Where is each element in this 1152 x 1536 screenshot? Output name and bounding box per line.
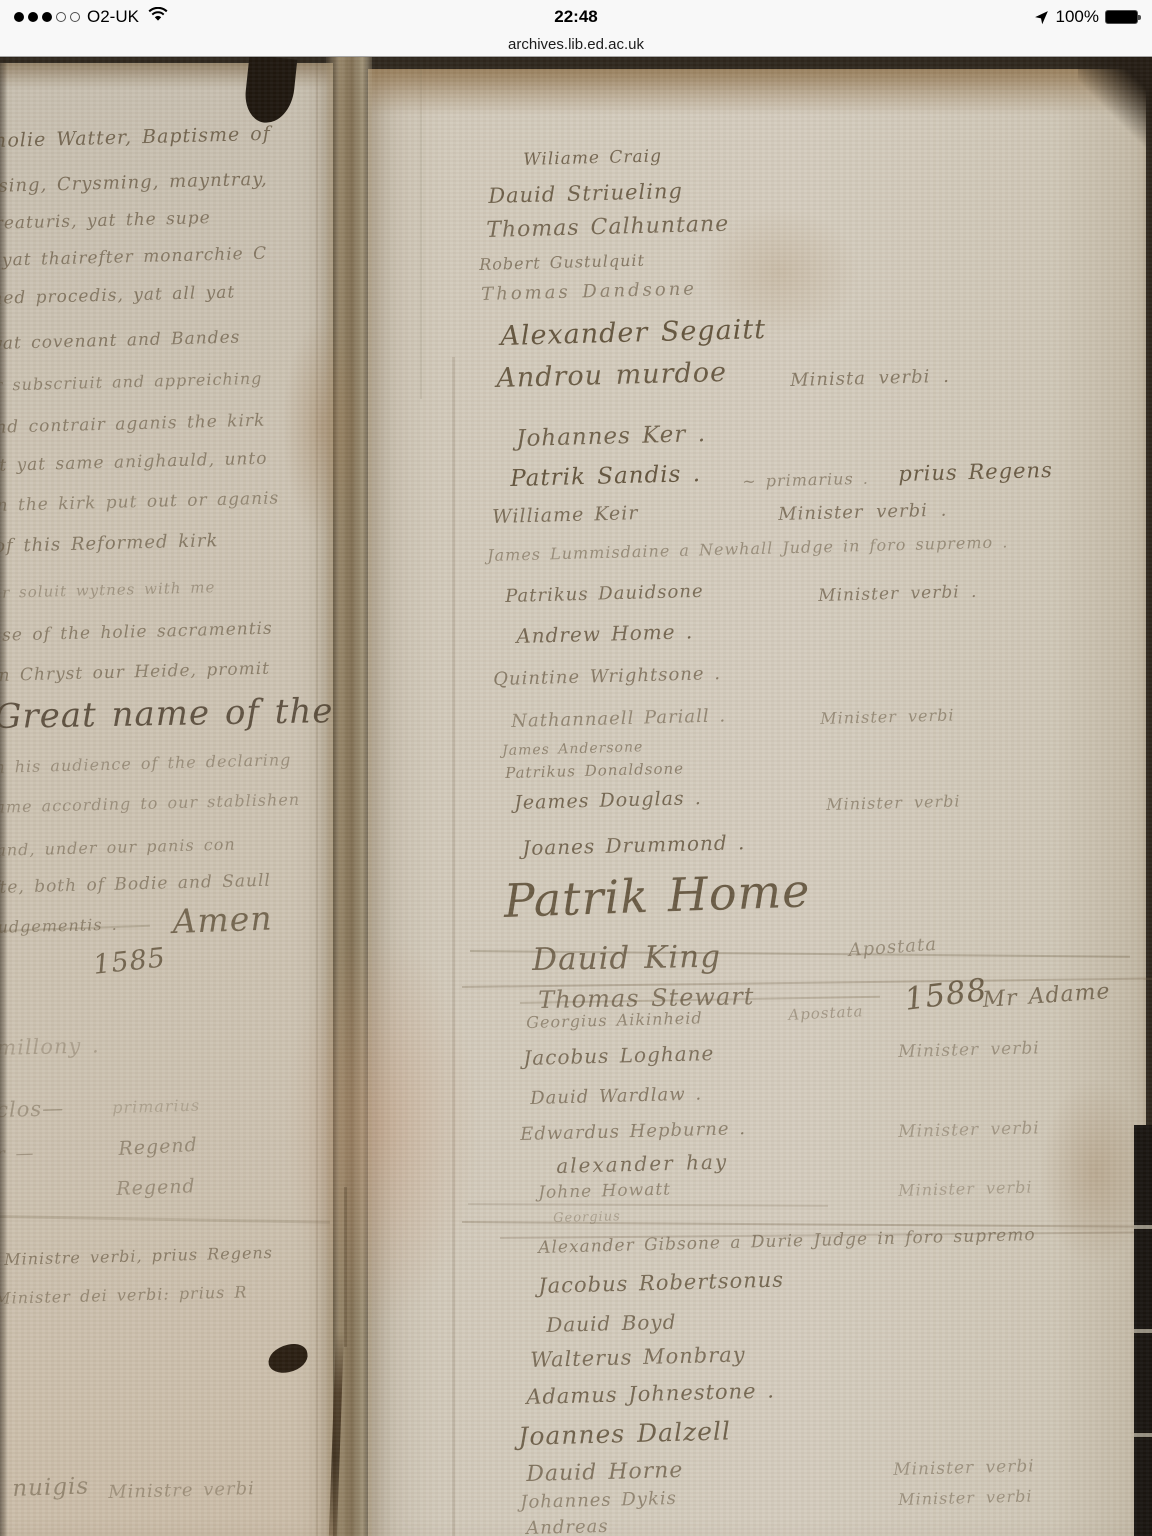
manuscript-line: Minister verbi (898, 1120, 1040, 1141)
manuscript-line: alexander hay (556, 1152, 728, 1176)
manuscript-line: ~ primarius . (742, 471, 869, 490)
manuscript-line: Alexander Gibsone a Durie Judge in foro … (538, 1227, 1036, 1257)
battery-icon (1105, 10, 1138, 24)
manuscript-line: James Lummisdaine a Newhall Judge in for… (487, 534, 1008, 564)
manuscript-line: Minister verbi (893, 1458, 1035, 1479)
manuscript-line: Patrikus Dauidsone (505, 583, 704, 606)
manuscript-line: Dauid Boyd (546, 1312, 677, 1335)
manuscript-line: Minister verbi (898, 1179, 1033, 1199)
manuscript-line: Minister verbi (898, 1040, 1040, 1061)
manuscript-line: Apostata (788, 1004, 864, 1023)
manuscript-line: Joannes Dalzell (518, 1418, 731, 1449)
manuscript-line: Androu murdoe (496, 359, 727, 392)
manuscript-line: Thomas Dandsone (481, 280, 697, 304)
manuscript-line: Quintine Wrightsone . (493, 665, 721, 689)
manuscript-line: Patrikus Donaldsone (505, 761, 684, 781)
manuscript-line: Wiliame Craig (523, 148, 662, 169)
manuscript-line: Edwardus Hepburne . (520, 1120, 746, 1144)
manuscript-line: Thomas Calhuntane (486, 214, 729, 242)
manuscript-line: Minister verbi (826, 793, 961, 813)
manuscript-line: Walterus Monbray (530, 1344, 746, 1371)
url-text[interactable]: archives.lib.ed.ac.uk (508, 36, 644, 53)
manuscript-line: 1588 (903, 975, 989, 1016)
manuscript-line: Johannes Dykis (520, 1490, 677, 1512)
manuscript-line: Jacobus Loghane (523, 1043, 715, 1068)
manuscript-line: Minista verbi . (790, 368, 950, 390)
manuscript-line: Andrew Home . (516, 621, 693, 646)
manuscript-line: Mr Adame (982, 981, 1111, 1012)
iphone-safari-screen: O2-UK 22:48 100% archives.lib.ed (0, 0, 1152, 1536)
status-bar: O2-UK 22:48 100% (0, 0, 1152, 32)
manuscript-line: Andreas (526, 1518, 609, 1536)
manuscript-line: Thomas Stewart (538, 984, 755, 1012)
manuscript-line: Minister verbi . (778, 502, 948, 524)
manuscript-line: Dauid Striueling (488, 181, 683, 207)
manuscript-line: Dauid King (532, 942, 721, 976)
manuscript-line: Johne Howatt (538, 1182, 671, 1202)
address-bar[interactable]: archives.lib.ed.ac.uk (0, 32, 1152, 57)
manuscript-line: Joanes Drummond . (522, 832, 746, 858)
manuscript-line: Minister verbi (820, 707, 955, 727)
manuscript-line: Jeames Douglas . (514, 789, 702, 813)
manuscript-line: James Andersone (502, 740, 643, 758)
manuscript-line: Adamus Johnestone . (526, 1380, 775, 1408)
manuscript-line: Nathannaell Pariall . (511, 707, 726, 731)
manuscript-line: Patrik Home (503, 867, 811, 924)
manuscript-line: Robert Gustulquit (479, 253, 645, 273)
manuscript-line: Johannes Ker . (516, 423, 706, 451)
manuscript-line: Dauid Wardlaw . (530, 1086, 702, 1108)
manuscript-line: Williame Keir (492, 504, 639, 527)
manuscript-line: prius Regens (898, 460, 1053, 485)
manuscript-line: Jacobus Robertsonus (538, 1270, 784, 1297)
manuscript-line: Georgius Aikinheid (526, 1010, 703, 1031)
manuscript-line: Minister verbi . (818, 584, 978, 605)
manuscript-line: Georgius (553, 1210, 621, 1225)
clock: 22:48 (0, 7, 1152, 27)
right-page-text: Wiliame CraigDauid StriuelingThomas Calh… (0, 57, 1152, 1536)
manuscript-photo[interactable]: holie Watter, Baptisme ofssing, Crysming… (0, 57, 1152, 1536)
manuscript-line: Patrik Sandis . (510, 463, 701, 491)
manuscript-line: Alexander Segaitt (500, 316, 766, 350)
safari-chrome: O2-UK 22:48 100% archives.lib.ed (0, 0, 1152, 57)
manuscript-line: Minister verbi (898, 1488, 1033, 1508)
manuscript-line: Dauid Horne (526, 1460, 684, 1486)
manuscript-line: Apostata (848, 936, 938, 960)
